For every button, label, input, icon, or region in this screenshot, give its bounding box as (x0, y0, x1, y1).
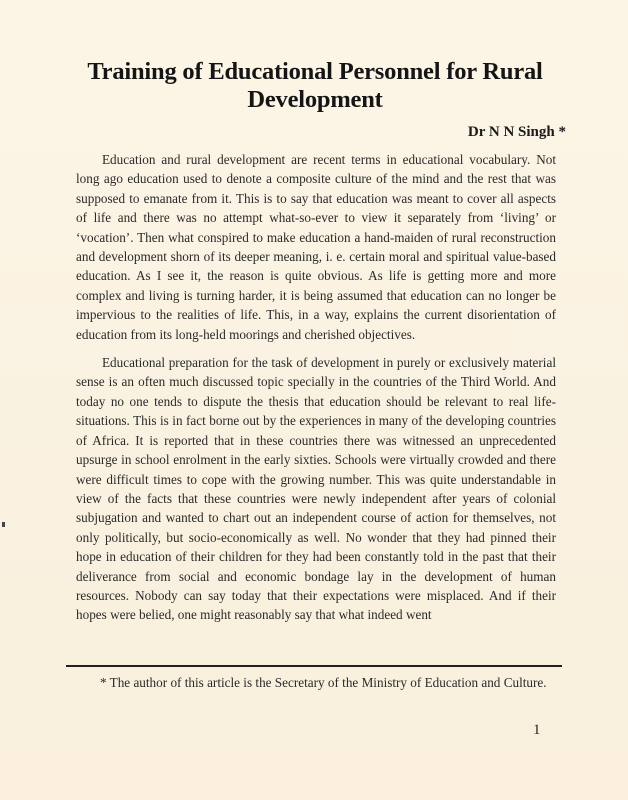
document-page: Training of Educational Personnel for Ru… (0, 0, 628, 800)
footnote: * The author of this article is the Secr… (76, 673, 556, 692)
article-title: Training of Educational Personnel for Ru… (70, 58, 560, 114)
paragraph-1: Education and rural development are rece… (76, 150, 556, 344)
article-body: Education and rural development are rece… (76, 150, 556, 634)
paragraph-2: Educational preparation for the task of … (76, 353, 556, 625)
page-number: 1 (533, 722, 541, 739)
footnote-divider (66, 665, 562, 667)
scan-edge-mark (2, 522, 5, 527)
author-byline: Dr N N Singh * (468, 124, 566, 141)
folded-corner-mark (588, 0, 628, 40)
